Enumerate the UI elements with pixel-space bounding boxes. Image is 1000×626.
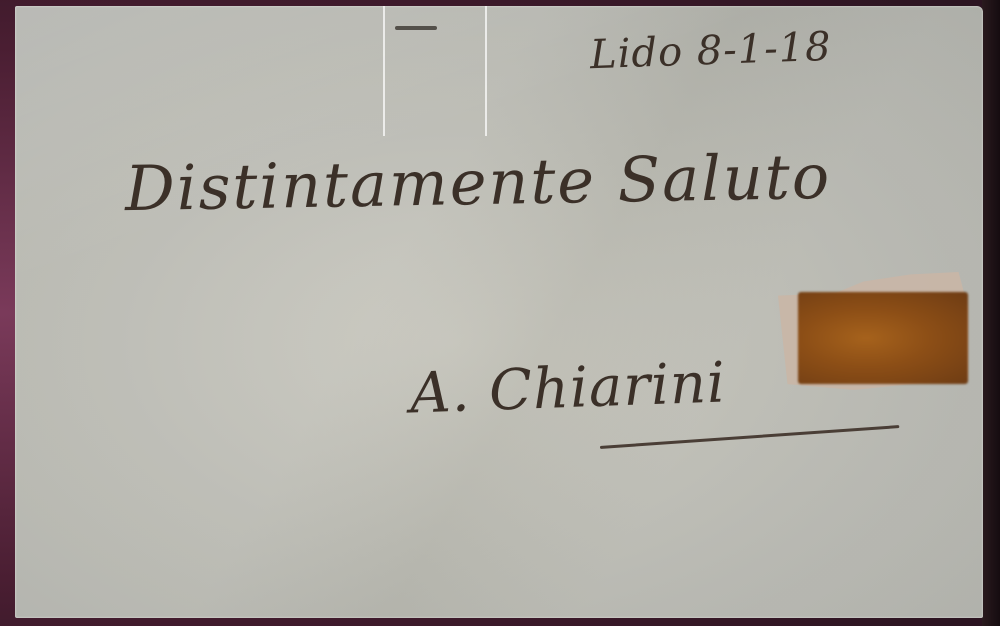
handwritten-card: Lido 8-1-18 Distintamente Saluto A. Chia… bbox=[15, 6, 983, 618]
stamp-remnant bbox=[763, 262, 993, 397]
light-streak bbox=[383, 6, 385, 136]
stamp-icon bbox=[798, 292, 968, 384]
date-line: Lido 8-1-18 bbox=[589, 24, 832, 78]
signature-underline bbox=[600, 425, 899, 449]
ink-mark bbox=[395, 26, 437, 30]
greeting-text: Distintamente Saluto bbox=[124, 140, 831, 225]
signature: A. Chiarini bbox=[409, 351, 727, 427]
light-streak bbox=[485, 6, 487, 136]
